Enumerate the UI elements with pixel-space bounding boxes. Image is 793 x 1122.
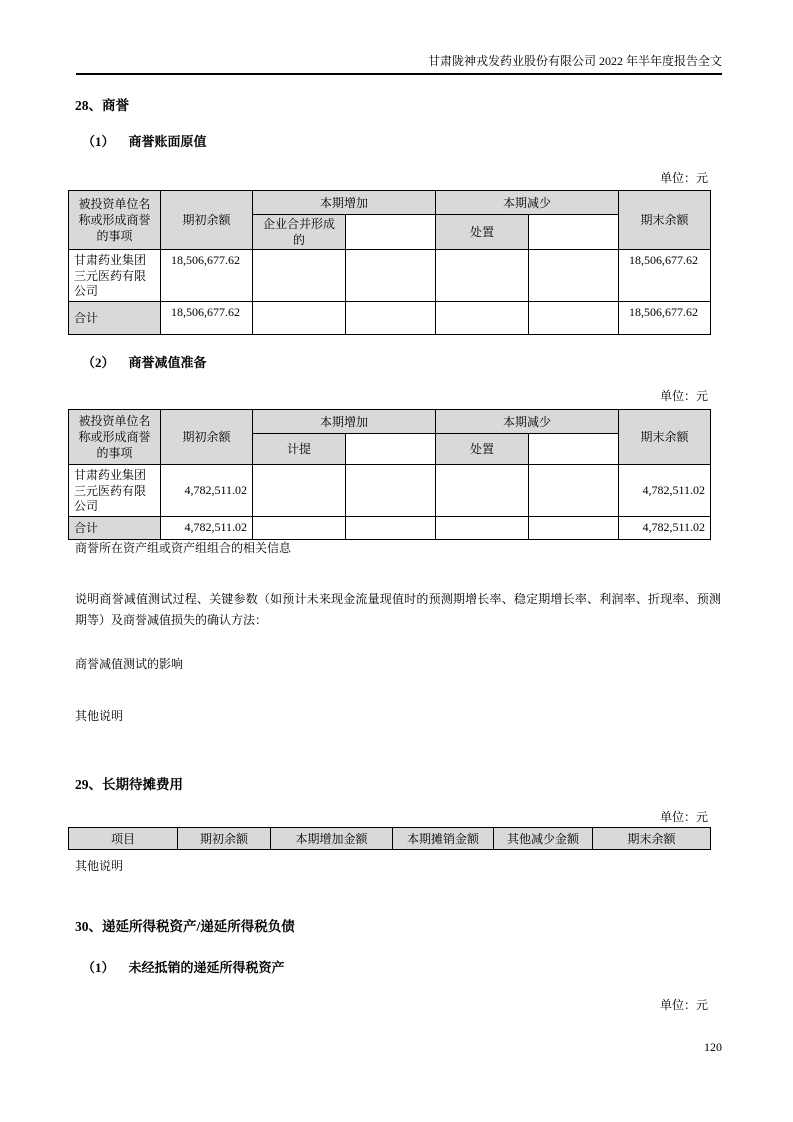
subsection-number: （2） xyxy=(82,355,115,370)
total-label-cell: 合计 xyxy=(69,301,161,334)
empty-cell xyxy=(529,516,619,539)
long-term-expenses-table: 项目 期初余额 本期增加金额 本期摊销金额 其他减少金额 期末余额 xyxy=(68,827,711,850)
entity-header-cell: 被投资单位名称或形成商誉的事项 xyxy=(69,191,161,250)
table-header-row: 被投资单位名称或形成商誉的事项 期初余额 本期增加 本期减少 期末余额 xyxy=(69,191,711,215)
initial-balance-header: 期初余额 xyxy=(161,410,253,465)
table-header-row: 被投资单位名称或形成商誉的事项 期初余额 本期增加 本期减少 期末余额 xyxy=(69,410,711,434)
ending-balance-total: 4,782,511.02 xyxy=(619,516,711,539)
period-decrease-header: 本期减少 xyxy=(436,191,619,215)
table-row: 甘肃药业集团三元医药有限公司 4,782,511.02 4,782,511.02 xyxy=(69,465,711,517)
empty-cell xyxy=(346,301,436,334)
provision-subheader: 计提 xyxy=(253,434,346,465)
other-note: 其他说明 xyxy=(75,708,123,725)
empty-cell xyxy=(346,465,436,517)
section-28-title: 28、商誉 xyxy=(75,98,129,114)
empty-cell xyxy=(436,516,529,539)
initial-balance-value: 18,506,677.62 xyxy=(161,250,253,302)
empty-cell xyxy=(346,215,436,250)
other-decrease-header: 其他减少金额 xyxy=(494,828,593,850)
disposal-subheader: 处置 xyxy=(436,434,529,465)
ending-balance-header: 期末余额 xyxy=(593,828,711,850)
empty-cell xyxy=(253,465,346,517)
empty-cell xyxy=(436,301,529,334)
period-increase-header: 本期增加金额 xyxy=(271,828,393,850)
empty-cell xyxy=(529,215,619,250)
subsection-28-2-title: （2）商誉减值准备 xyxy=(82,355,207,371)
ending-balance-header: 期末余额 xyxy=(619,191,711,250)
business-combination-subheader: 企业合并形成的 xyxy=(253,215,346,250)
ending-balance-total: 18,506,677.62 xyxy=(619,301,711,334)
empty-cell xyxy=(436,465,529,517)
section-29-title: 29、长期待摊费用 xyxy=(75,777,183,793)
subsection-text: 商誉账面原值 xyxy=(129,134,207,149)
report-title: 甘肃陇神戎发药业股份有限公司 2022 年半年度报告全文 xyxy=(76,54,722,75)
initial-balance-value: 4,782,511.02 xyxy=(161,465,253,517)
entity-name-cell: 甘肃药业集团三元医药有限公司 xyxy=(69,465,161,517)
period-decrease-header: 本期减少 xyxy=(436,410,619,434)
initial-balance-total: 4,782,511.02 xyxy=(161,516,253,539)
subsection-28-1-title: （1）商誉账面原值 xyxy=(82,134,207,150)
empty-cell xyxy=(529,434,619,465)
subsection-30-1-title: （1）未经抵销的递延所得税资产 xyxy=(82,960,285,976)
empty-cell xyxy=(346,434,436,465)
table-total-row: 合计 4,782,511.02 4,782,511.02 xyxy=(69,516,711,539)
goodwill-asset-group-note: 商誉所在资产组或资产组组合的相关信息 xyxy=(75,540,291,557)
subsection-number: （1） xyxy=(82,134,115,149)
ending-balance-header: 期末余额 xyxy=(619,410,711,465)
period-amortization-header: 本期摊销金额 xyxy=(393,828,494,850)
goodwill-impairment-table: 被投资单位名称或形成商誉的事项 期初余额 本期增加 本期减少 期末余额 计提 处… xyxy=(68,409,711,540)
other-note: 其他说明 xyxy=(75,858,123,875)
impairment-impact-note: 商誉减值测试的影响 xyxy=(75,656,183,673)
empty-cell xyxy=(436,250,529,302)
unit-label: 单位：元 xyxy=(68,171,708,186)
period-increase-header: 本期增加 xyxy=(253,191,436,215)
subsection-number: （1） xyxy=(82,960,115,975)
page-number: 120 xyxy=(68,1040,722,1055)
empty-cell xyxy=(346,250,436,302)
ending-balance-value: 4,782,511.02 xyxy=(619,465,711,517)
unit-label: 单位：元 xyxy=(68,810,708,825)
disposal-subheader: 处置 xyxy=(436,215,529,250)
impairment-test-note: 说明商誉减值测试过程、关键参数（如预计未来现金流量现值时的预测期增长率、稳定期增… xyxy=(75,589,721,631)
table-header-row: 项目 期初余额 本期增加金额 本期摊销金额 其他减少金额 期末余额 xyxy=(69,828,711,850)
empty-cell xyxy=(253,301,346,334)
section-30-title: 30、递延所得税资产/递延所得税负债 xyxy=(75,919,295,935)
table-row: 甘肃药业集团三元医药有限公司 18,506,677.62 18,506,677.… xyxy=(69,250,711,302)
empty-cell xyxy=(529,301,619,334)
unit-label: 单位：元 xyxy=(68,389,708,404)
empty-cell xyxy=(346,516,436,539)
empty-cell xyxy=(529,465,619,517)
item-header: 项目 xyxy=(69,828,178,850)
initial-balance-header: 期初余额 xyxy=(178,828,271,850)
entity-header-cell: 被投资单位名称或形成商誉的事项 xyxy=(69,410,161,465)
entity-name-cell: 甘肃药业集团三元医药有限公司 xyxy=(69,250,161,302)
ending-balance-value: 18,506,677.62 xyxy=(619,250,711,302)
empty-cell xyxy=(253,250,346,302)
empty-cell xyxy=(253,516,346,539)
table-total-row: 合计 18,506,677.62 18,506,677.62 xyxy=(69,301,711,334)
goodwill-cost-table: 被投资单位名称或形成商誉的事项 期初余额 本期增加 本期减少 期末余额 企业合并… xyxy=(68,190,711,335)
subsection-text: 商誉减值准备 xyxy=(129,355,207,370)
initial-balance-header: 期初余额 xyxy=(161,191,253,250)
period-increase-header: 本期增加 xyxy=(253,410,436,434)
subsection-text: 未经抵销的递延所得税资产 xyxy=(129,960,285,975)
total-label-cell: 合计 xyxy=(69,516,161,539)
initial-balance-total: 18,506,677.62 xyxy=(161,301,253,334)
empty-cell xyxy=(529,250,619,302)
unit-label: 单位：元 xyxy=(68,998,708,1013)
